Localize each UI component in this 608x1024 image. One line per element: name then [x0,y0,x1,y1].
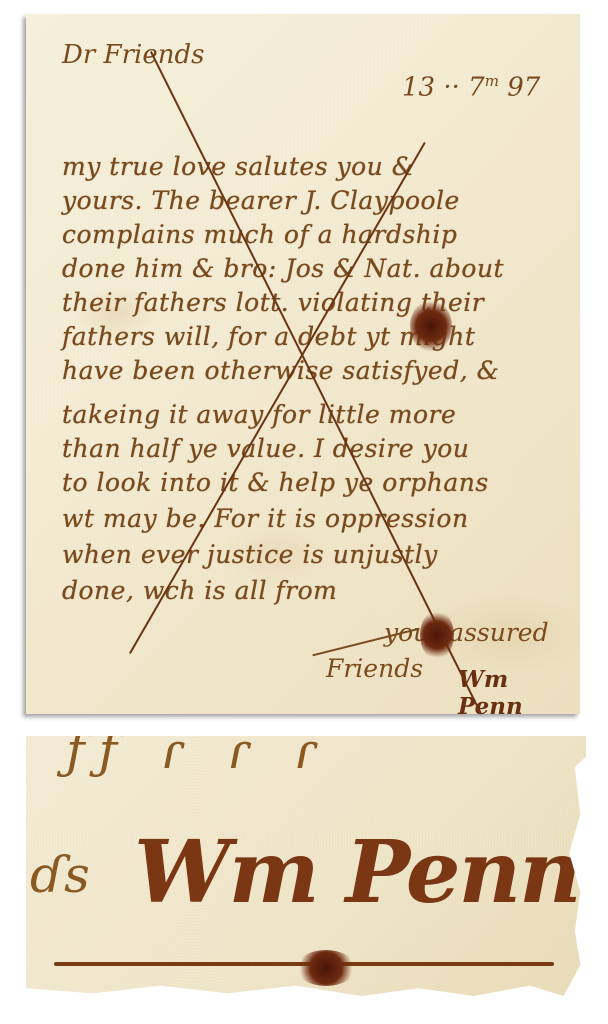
detail-partial-text: ƒƒ ɾ ɾ ɾ [66,722,331,780]
body-line: takeing it away for little more [62,400,456,429]
detail-friends-text: ɗs [30,846,90,904]
signature-detail-view: ƒƒ ɾ ɾ ɾ ɗs Wm Penn [26,736,586,996]
letter-date: 13 ·· 7m 97 [402,72,540,103]
body-line: when ever justice is unjustly [62,540,438,569]
body-line: wt may be. For it is oppression [62,504,469,533]
signature: Wm Penn [458,666,580,720]
body-line: my true love salutes you & [62,152,414,181]
date-year: 97 [507,73,540,103]
body-line: complains much of a hardship [62,220,457,249]
body-line: done, wch is all from [62,576,337,605]
ink-blot [410,300,452,352]
signature-enlarged: Wm Penn [134,822,580,923]
ink-blot [420,610,454,660]
closing-line: your assured [384,618,549,647]
salutation: Dr Friends [62,40,204,70]
closing-line: Friends [326,654,423,683]
date-month: 7 [468,73,485,103]
date-month-suffix: m [485,72,499,90]
body-line: yours. The bearer J. Claypoole [62,186,460,215]
body-line: to look into it & help ye orphans [62,468,489,497]
body-line: have been otherwise satisfyed, & [62,356,499,385]
ink-blot [296,950,356,986]
letter-sheet: Dr Friends 13 ·· 7m 97 my true love salu… [26,14,580,714]
date-day: 13 [402,73,435,103]
body-line: done him & bro: Jos & Nat. about [62,254,504,283]
body-line: than half ye value. I desire you [62,434,469,463]
